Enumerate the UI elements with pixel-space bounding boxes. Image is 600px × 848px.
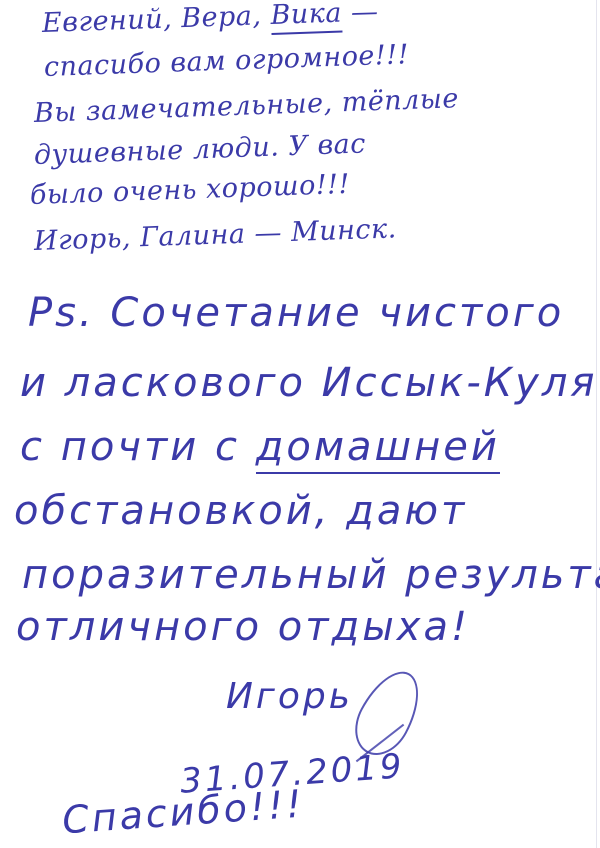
postscript-line-3-text: с почти с домашней xyxy=(20,424,500,474)
postscript-line-5: поразительный результат xyxy=(22,552,600,598)
postscript-line-3: с почти с домашней xyxy=(20,424,500,470)
greeting-signature-line: Игорь, Галина — Минск. xyxy=(33,213,397,257)
paper-edge xyxy=(596,0,597,848)
underlined-word: Вика xyxy=(270,0,343,35)
postscript-line-2: и ласкового Иссык-Куля xyxy=(20,360,597,406)
postscript-line-4: обстановкой, дают xyxy=(14,488,467,534)
postscript-line-6: отличного отдыха! xyxy=(16,604,470,650)
greeting-text: Евгений, Вера, Вика — xyxy=(41,0,379,39)
greeting-line-2: спасибо вам огромное!!! xyxy=(43,39,409,83)
greeting-line-5: было очень хорошо!!! xyxy=(29,169,350,211)
underlined-word: домашней xyxy=(256,424,500,474)
greeting-line-1: Евгений, Вера, Вика — xyxy=(41,0,379,39)
closing-thanks: Спасибо!!! xyxy=(61,782,306,843)
postscript-line-1: Ps. Сочетание чистого xyxy=(28,290,564,336)
signature-name: Игорь xyxy=(226,676,353,717)
handwritten-note-page: Евгений, Вера, Вика — спасибо вам огромн… xyxy=(0,0,600,848)
greeting-line-3: Вы замечательные, тёплые xyxy=(33,83,459,129)
greeting-line-4: душевные люди. У вас xyxy=(33,128,366,171)
